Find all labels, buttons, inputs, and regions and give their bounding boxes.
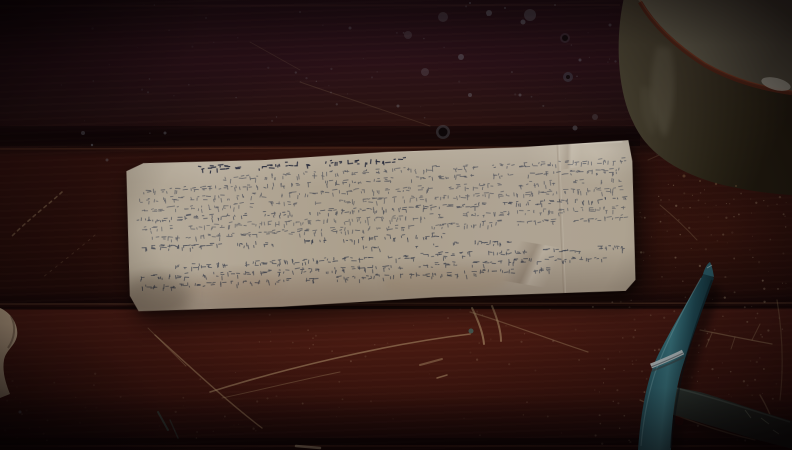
handwriting-line-signature <box>363 239 512 253</box>
scrap-shape <box>0 308 17 398</box>
paper-sheet <box>123 140 639 314</box>
fountain-pen <box>595 258 792 450</box>
photo-scene <box>0 0 792 450</box>
handwriting-line-postscript <box>142 266 551 293</box>
letter-paper <box>123 140 639 314</box>
handwriting-line-body <box>142 205 626 235</box>
handwriting-line-body <box>143 167 619 196</box>
handwriting-line-body <box>152 214 628 244</box>
handwriting-line-postscript <box>140 254 607 283</box>
cup <box>595 0 792 201</box>
handwriting-line-body <box>137 195 628 226</box>
handwritten-text <box>123 140 639 314</box>
handwriting-line-body <box>142 232 446 254</box>
handwriting-line-body <box>223 157 627 184</box>
paper-scrap-corner <box>0 300 40 410</box>
wood-knots <box>436 33 573 139</box>
handwriting-line-title <box>198 157 406 175</box>
